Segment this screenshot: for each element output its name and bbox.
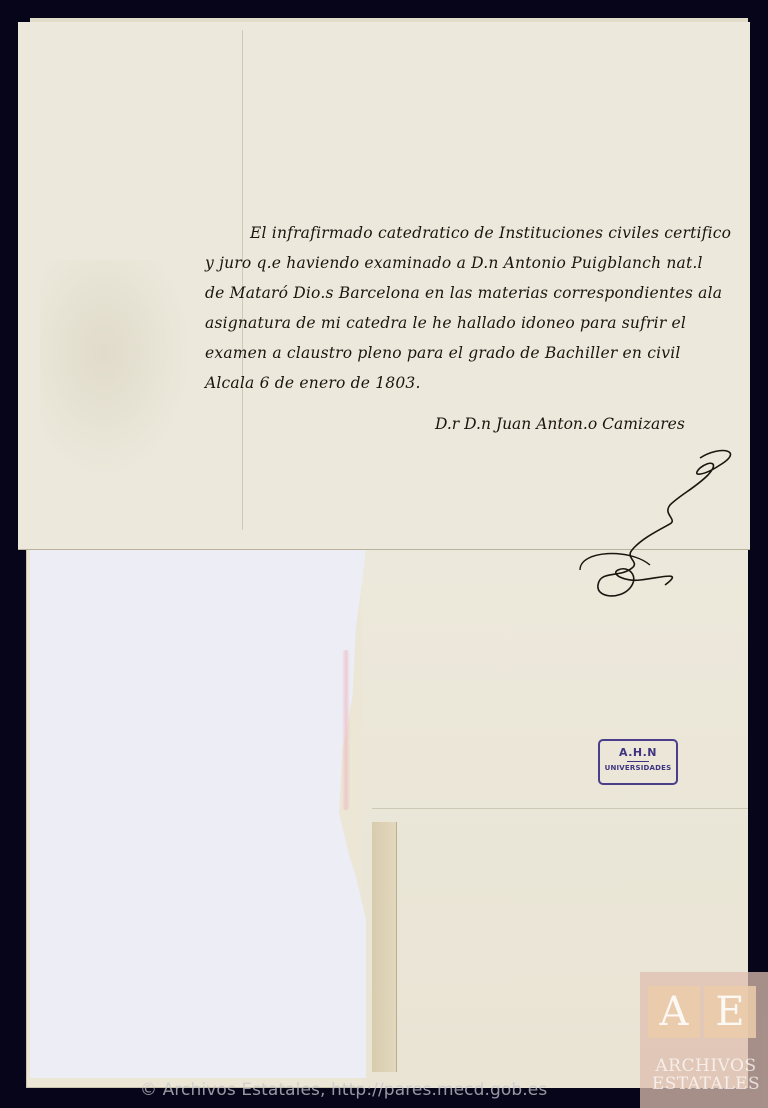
paper-strip [372, 822, 397, 1072]
text-line: Alcala 6 de enero de 1803. [205, 368, 745, 398]
logo-line-2: ESTATALES [644, 1076, 768, 1093]
text-line: y juro q.e haviendo examinado a D.n Anto… [205, 248, 745, 278]
stamp-title: A.H.N [600, 746, 676, 759]
text-line: El infrafirmado catedratico de Instituci… [205, 218, 745, 248]
torn-edge-tint [342, 650, 350, 810]
fold-line [372, 808, 748, 809]
text-line: asignatura de mi catedra le he hallado i… [205, 308, 745, 338]
paper-stain [40, 260, 200, 490]
logo-letter-a: A [648, 986, 700, 1038]
archive-stamp: A.H.N UNIVERSIDADES [598, 739, 678, 785]
certificate-text: El infrafirmado catedratico de Instituci… [205, 218, 745, 398]
logo-line-1: ARCHIVOS [644, 1058, 768, 1075]
stamp-subtitle: UNIVERSIDADES [600, 764, 676, 772]
stamp-divider [627, 761, 649, 762]
archivos-estatales-logo: A E ARCHIVOS ESTATALES [640, 972, 768, 1108]
white-paper-patch [30, 548, 366, 1078]
signature-flourish-icon [570, 440, 740, 600]
copyright-notice: © Archivos Estatales, http://pares.mecd.… [140, 1080, 630, 1100]
text-line: de Mataró Dio.s Barcelona en las materia… [205, 278, 745, 308]
signature-name: D.r D.n Juan Anton.o Camizares [435, 415, 685, 433]
logo-letter-e: E [704, 986, 756, 1038]
text-line: examen a claustro pleno para el grado de… [205, 338, 745, 368]
